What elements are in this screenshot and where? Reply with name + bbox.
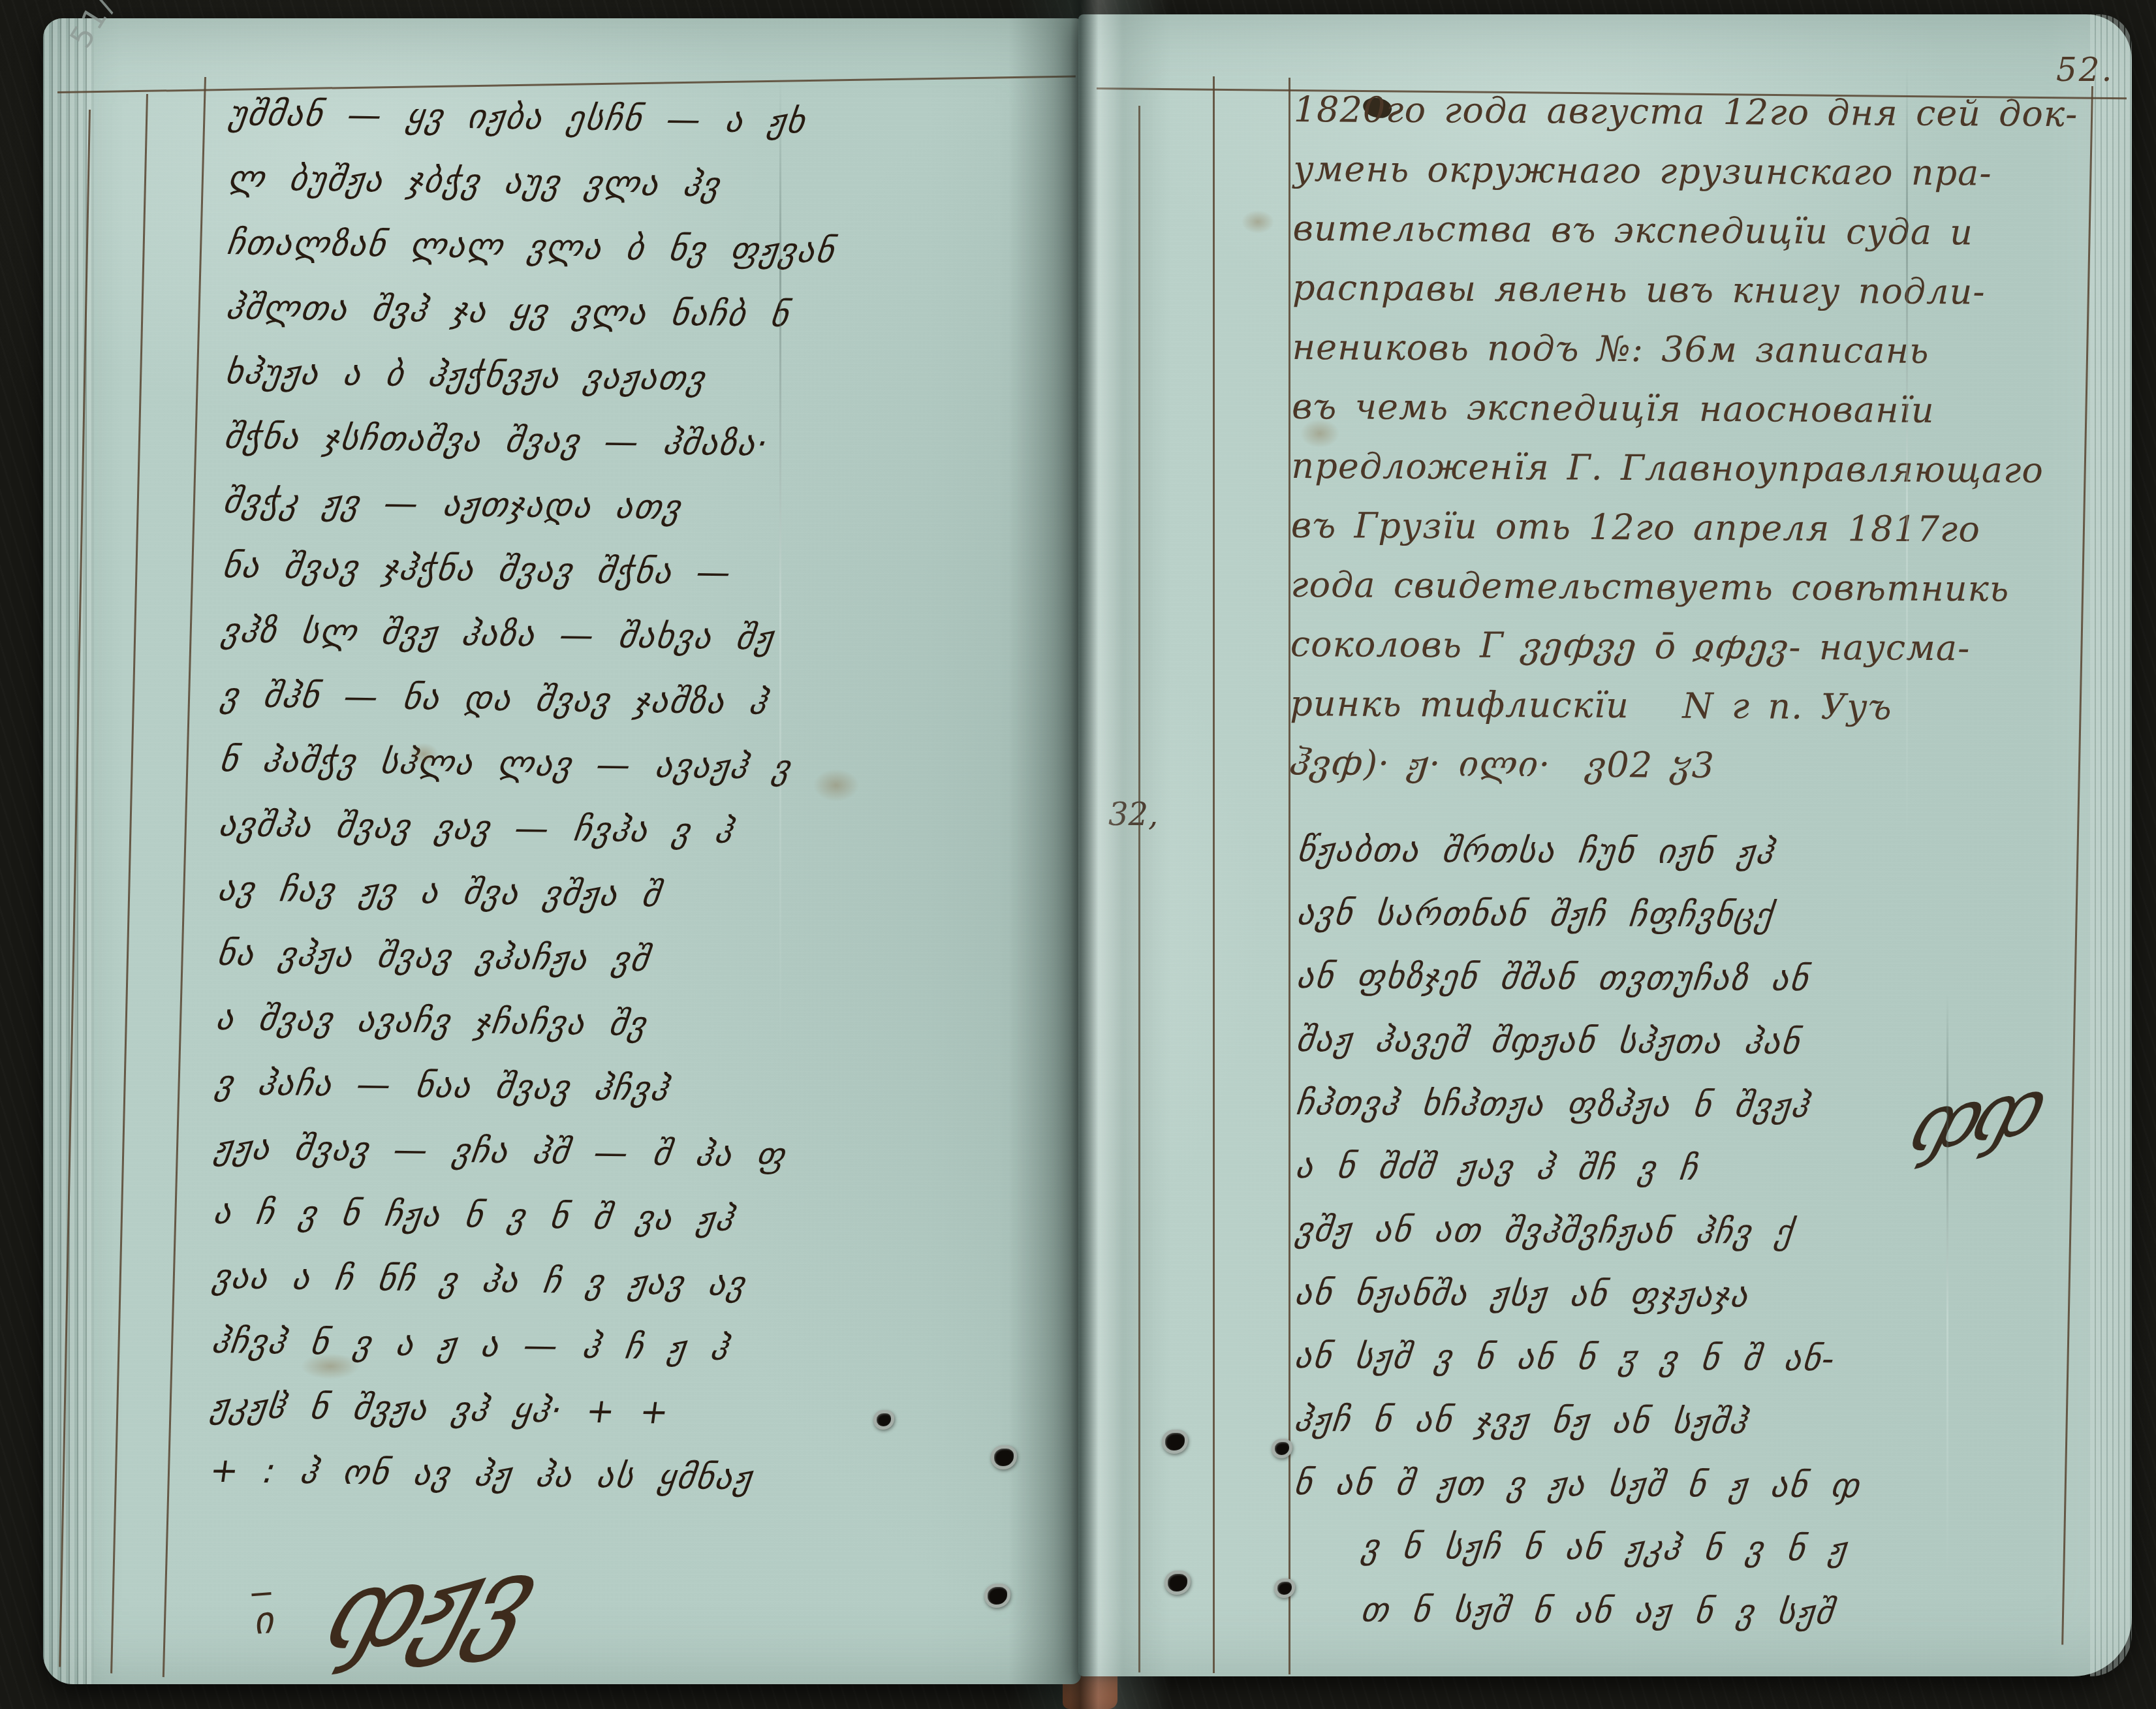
page-number: 52. [2056, 51, 2114, 89]
manuscript-line: ან სჟშ ვ ნ ან ნ ჳ ვ ნ შ ან- [1290, 1337, 2133, 1405]
margin-rule [110, 94, 148, 1673]
manuscript-line: ვაა ა ჩ ნჩ ვ ჰა ჩ ვ ჟავ ავ [207, 1257, 1084, 1334]
manuscript-line: нениковь подъ №: 36м записань [1292, 326, 2128, 391]
manuscript-line: ან ფხზჯენ შშან თვთუჩაზ ან [1292, 957, 2134, 1025]
manuscript-line: ჟჟა შვავ — ვჩა ჰშ — შ ჰა ფ [208, 1128, 1085, 1204]
right-page-russian-text: 1820го года августа 12го дня сей док- ум… [1289, 89, 2129, 807]
left-page-text: უშმან — ყვ იჟბა ესჩნ — ა ჟხ ლ ბუშჟა ჯბჭვ… [208, 94, 1096, 1528]
manuscript-line: ვ შჰნ — ნა და შვავ ჯაშზა ჰ [215, 676, 1091, 752]
paper-crease [779, 77, 781, 1056]
worm-hole [984, 1584, 1010, 1608]
manuscript-line: ნ ჰაშჭვ სჰლა ლავ — ავაჟჰ ვ [214, 740, 1091, 817]
manuscript-line: соколовь Г ვეჶვე ō ჲჶევ- наусма- [1290, 623, 2126, 688]
manuscript-line: ა შვავ ავაჩვ ჯჩაჩვა შვ [210, 999, 1087, 1075]
worm-hole [1164, 1571, 1191, 1595]
manuscript-line: года свидетельствуеть совѣтникь [1290, 564, 2127, 629]
manuscript-line: თ ნ სჟშ ნ ან აჟ ნ ვ სჟშ [1289, 1590, 2131, 1658]
manuscript-line: ჰჟჩ ნ ან ჯვჟ ნჟ ან სჟშჰ [1290, 1400, 2133, 1468]
entry-number: 32, [1108, 796, 1158, 833]
manuscript-line: + : ჰ ონ ავ ჰჟ ჰა ას ყმნაჟ [204, 1451, 1081, 1528]
paper-crease [1906, 67, 1908, 850]
manuscript-line: ринкь тифлискїи N г п. Ууъ [1290, 683, 2126, 747]
manuscript-line: въ чемь экспедицїя наоснованїи [1292, 386, 2128, 450]
manuscript-line: 1820го года августа 12го дня сей док- [1293, 89, 2129, 153]
stain [409, 743, 439, 765]
signature-flourish: ჶჟვ [310, 1533, 542, 1677]
manuscript-line: ავ ჩავ ჟვ ა შვა ვშჟა შ [212, 870, 1089, 946]
manuscript-line: წჟაბთა შრთსა ჩუნ იჟნ ჟჰ [1292, 830, 2135, 898]
stain [301, 1353, 360, 1379]
paper-crease [1946, 994, 1948, 1581]
manuscript-line: ჰშლთა შვჰ ჯა ყვ ვლა ნაჩბ ნ [220, 288, 1097, 364]
manuscript-line: ჟკჟჱ ნ შვჟა ვჰ ყჰ· + + [205, 1387, 1082, 1463]
manuscript-line: вительства въ экспедицїи суда и [1292, 208, 2129, 272]
book-scan: 51/05 უშმან — ყვ იჟბა ესჩნ — ა ჟხ ლ ბუშჟ… [0, 0, 2156, 1709]
right-page: 52. 32, 1820го года августа 12го дня сей… [1078, 14, 2132, 1676]
manuscript-line: предложенїя Г. Главноуправляющаго [1291, 445, 2127, 510]
manuscript-line: ან ნჟანშა ჟსჟ ან ფჯჟაჯა [1290, 1274, 2133, 1341]
manuscript-line: ჰვჶ)· ჟ· ილი· ვ02 ჳ3 [1289, 742, 2125, 807]
margin-rule [1138, 106, 1140, 1672]
stain [813, 769, 859, 802]
manuscript-line: ავნ სართნან შჟჩ ჩფჩვნცქ [1292, 894, 2135, 962]
manuscript-line: ნა შვავ ჯჰჭნა შვავ შჭნა — [217, 546, 1093, 623]
manuscript-line: умень окружнаго грузинскаго пра- [1293, 148, 2129, 213]
right-page-georgian-text: წჟაბთა შრთსა ჩუნ იჟნ ჟჰ ავნ სართნან შჟჩ … [1292, 830, 2132, 1658]
stain [1242, 210, 1274, 234]
manuscript-line: ნა ვჰჟა შვავ ვჰაჩჟა ვშ [211, 934, 1088, 1011]
manuscript-line: ვშჟ ან ათ შვჰშვჩჟან ჰჩვ ქ [1290, 1210, 2133, 1278]
manuscript-line: ა ნ შძშ ჟავ ჰ შჩ ვ ჩ [1291, 1147, 2134, 1215]
manuscript-line: შჭნა ჯსჩთაშვა შვავ — ჰშაზა· [219, 417, 1095, 494]
stain [1300, 419, 1339, 448]
margin-rule [1289, 78, 1290, 1674]
manuscript-line: въ Грузїи оть 12го апреля 1817го [1291, 505, 2127, 569]
manuscript-line: ვ ნ სჟჩ ნ ან ჟკჰ ნ ვ ნ ჟ [1289, 1527, 2132, 1595]
manuscript-line: უშმან — ყვ იჟბა ესჩნ — ა ჟხ [223, 94, 1100, 170]
margin-rule [1213, 76, 1215, 1673]
top-rule [57, 75, 1076, 93]
manuscript-line: ვ ჰაჩა — ნაა შვავ ჰჩვჰ [210, 1063, 1086, 1140]
manuscript-line: შვჭკ ჟვ — აჟთჯადა ათვ [217, 482, 1094, 558]
manuscript-line: ნ ან შ ჟთ ვ ჟა სჟშ ნ ჟ ან ჶ [1289, 1464, 2132, 1531]
manuscript-line: ა ჩ ვ ნ ჩჟა ნ ვ ნ შ ვა ჟჰ [208, 1193, 1084, 1269]
signature-prefix: ი [251, 1592, 274, 1643]
manuscript-line: расправы явлень ивъ книгу подли- [1292, 267, 2129, 332]
worm-hole [1162, 1430, 1188, 1454]
manuscript-line: ხჰუჟა ა ბ ჰჟჭნვჟა ვაჟათვ [219, 353, 1096, 429]
manuscript-line: ავშჰა შვავ ვავ — ჩვჰა ვ ჰ [213, 805, 1089, 881]
manuscript-line: ვჰზ სლ შვჟ ჰაზა — შახვა შჟ [215, 611, 1092, 687]
left-page: 51/05 უშმან — ყვ იჟბა ესჩნ — ა ჟხ ლ ბუშჟ… [43, 18, 1081, 1684]
manuscript-line: ჩთალზან ლალ ვლა ბ ნვ ფჟვან [221, 223, 1098, 300]
margin-rule [163, 77, 206, 1677]
manuscript-line: ლ ბუშჟა ჯბჭვ აუვ ვლა ჰვ [222, 159, 1099, 235]
